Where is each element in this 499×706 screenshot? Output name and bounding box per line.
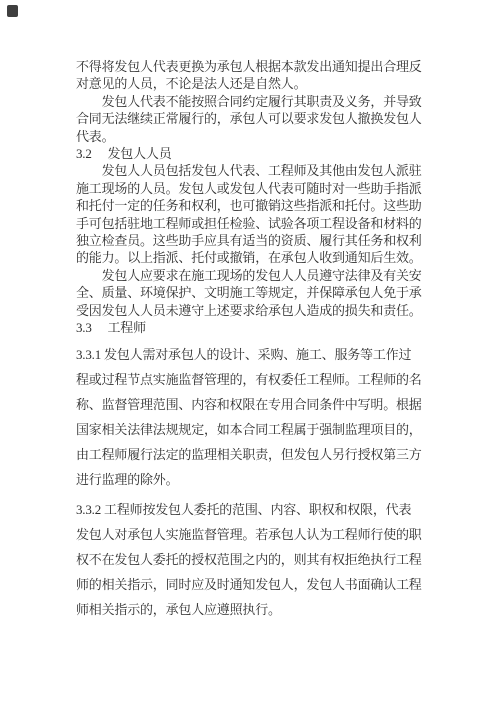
text-line: 发包人人员包括发包人代表、工程师及其他由发包人派驻 xyxy=(76,162,426,179)
text-line: 不得将发包人代表更换为承包人根据本款发出通知提出合理反 xyxy=(76,58,426,75)
text-line: 师相关指示的，承包人应遵照执行。 xyxy=(76,597,426,622)
text-line: 权不在发包人委托的授权范围之内的，则其有权拒绝执行工程 xyxy=(76,547,426,572)
document-text: 不得将发包人代表更换为承包人根据本款发出通知提出合理反对意见的人员，不论是法人还… xyxy=(76,58,426,622)
text-line: 由工程师履行法定的监理相关职责，但发包人另行授权第三方 xyxy=(76,442,426,467)
text-line: 进行监理的除外。 xyxy=(76,467,426,492)
heading-3-3: 3.3 工程师 xyxy=(76,319,426,336)
text-line: 受因发包人人员未遵守上述要求给承包人造成的损失和责任。 xyxy=(76,302,426,319)
scan-artifact-mark xyxy=(7,5,18,17)
text-line: 师的相关指示，同时应及时通知发包人，发包人书面确认工程 xyxy=(76,572,426,597)
text-line: 3.3.2 工程师按发包人委托的范围、内容、职权和权限，代表 xyxy=(76,497,426,522)
text-line: 手可包括驻地工程师或担任检验、试验各项工程设备和材料的 xyxy=(76,215,426,232)
text-line: 发包人代表不能按照合同约定履行其职责及义务，并导致 xyxy=(76,93,426,110)
clause-3-3-1: 3.3.1 发包人需对承包人的设计、采购、施工、服务等工作过程或过程节点实施监督… xyxy=(76,342,426,492)
text-line: 对意见的人员，不论是法人还是自然人。 xyxy=(76,75,426,92)
text-line: 发包人应要求在施工现场的发包人人员遵守法律及有关安 xyxy=(76,267,426,284)
text-line: 3.3.1 发包人需对承包人的设计、采购、施工、服务等工作过 xyxy=(76,342,426,367)
heading-3-2: 3.2 发包人人员 xyxy=(76,145,426,162)
text-line: 代表。 xyxy=(76,128,426,145)
para-site-compliance: 发包人应要求在施工现场的发包人人员遵守法律及有关安全、质量、环境保护、文明施工等… xyxy=(76,267,426,319)
text-line: 3.2 发包人人员 xyxy=(76,145,426,162)
text-line: 合同无法继续正常履行的，承包人可以要求发包人撤换发包人 xyxy=(76,110,426,127)
para-continued-replacement-objection: 不得将发包人代表更换为承包人根据本款发出通知提出合理反对意见的人员，不论是法人还… xyxy=(76,58,426,93)
para-replace-employer-representative: 发包人代表不能按照合同约定履行其职责及义务，并导致合同无法继续正常履行的，承包人… xyxy=(76,93,426,145)
text-line: 独立检查员。这些助手应具有适当的资质、履行其任务和权利 xyxy=(76,232,426,249)
text-line: 全、质量、环境保护、文明施工等规定，并保障承包人免于承 xyxy=(76,284,426,301)
text-line: 施工现场的人员。发包人或发包人代表可随时对一些助手指派 xyxy=(76,180,426,197)
para-employer-personnel: 发包人人员包括发包人代表、工程师及其他由发包人派驻施工现场的人员。发包人或发包人… xyxy=(76,162,426,266)
text-line: 的能力。以上指派、托付或撤销，在承包人收到通知后生效。 xyxy=(76,249,426,266)
clause-3-3-2: 3.3.2 工程师按发包人委托的范围、内容、职权和权限，代表发包人对承包人实施监… xyxy=(76,497,426,622)
text-line: 3.3 工程师 xyxy=(76,319,426,336)
text-line: 和托付一定的任务和权利，也可撤销这些指派和托付。这些助 xyxy=(76,197,426,214)
document-page: 不得将发包人代表更换为承包人根据本款发出通知提出合理反对意见的人员，不论是法人还… xyxy=(0,0,499,706)
text-line: 称、监督管理范围、内容和权限在专用合同条件中写明。根据 xyxy=(76,392,426,417)
text-line: 程或过程节点实施监督管理的，有权委任工程师。工程师的名 xyxy=(76,367,426,392)
text-line: 发包人对承包人实施监督管理。若承包人认为工程师行使的职 xyxy=(76,522,426,547)
text-line: 国家相关法律法规规定，如本合同工程属于强制监理项目的， xyxy=(76,417,426,442)
